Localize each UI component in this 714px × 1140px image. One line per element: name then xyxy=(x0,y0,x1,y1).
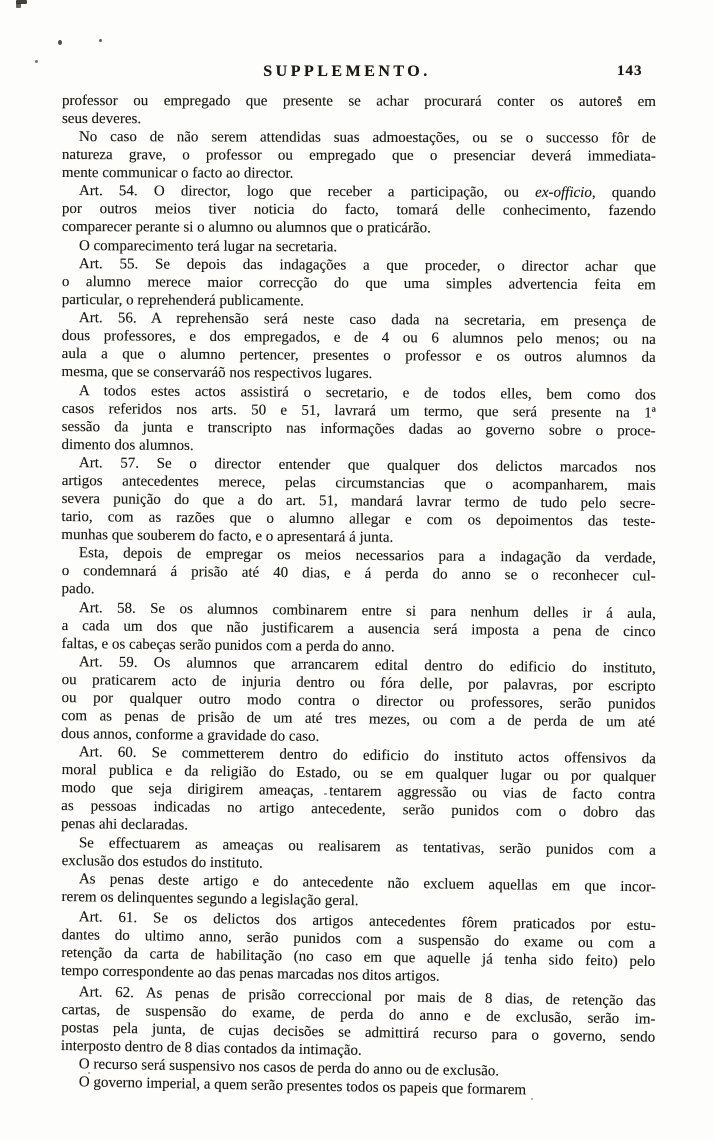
text-line: comparecer perante si o alumno ou alumno… xyxy=(62,219,656,239)
paragraph: Art. 56. A reprehensão será neste caso d… xyxy=(62,309,656,385)
text-line: O comparecimento terá lugar na secretari… xyxy=(62,237,656,258)
text-line: seus deveres. xyxy=(62,110,656,129)
scan-speck xyxy=(88,1072,90,1074)
paragraph: No caso de não serem attendidas suas adm… xyxy=(62,128,656,184)
scanned-page: SUPPLEMENTO. 143 professor ou empregado … xyxy=(0,0,714,1140)
scan-speck xyxy=(531,1098,533,1100)
paragraph: professor ou empregado que presente se a… xyxy=(62,92,656,129)
text-line: mente communicar o facto ao director. xyxy=(62,164,656,184)
text-segment: Art. 54. O director, logo que receber a … xyxy=(79,184,535,202)
scan-speck xyxy=(324,793,327,795)
scan-speck xyxy=(58,40,62,45)
text-line: natureza grave, o professor ou empregado… xyxy=(62,146,656,166)
paragraph: A todos estes actos assistirá o secretar… xyxy=(61,382,656,459)
scan-speck xyxy=(99,39,102,42)
paragraph: Art. 60. Se commetterem dentro do edific… xyxy=(61,743,656,841)
running-head-title: SUPPLEMENTO. xyxy=(50,63,644,81)
text-block: professor ou empregado que presente se a… xyxy=(62,92,656,1091)
scan-speck xyxy=(618,96,621,99)
text-line: professor ou empregado que presente se a… xyxy=(62,92,656,111)
text-line: No caso de não serem attendidas suas adm… xyxy=(62,128,656,148)
scan-speck xyxy=(194,1069,196,1071)
page-number: 143 xyxy=(617,63,643,80)
paragraph: Art. 61. Se os delictos dos artigos ante… xyxy=(61,908,656,989)
text-segment: , quando xyxy=(592,185,656,201)
paragraph: Art. 58. Se os alumnos combinarem entre … xyxy=(61,599,656,659)
paragraph: As penas deste artigo e do antecedente n… xyxy=(61,870,655,915)
paragraph: O comparecimento terá lugar na secretari… xyxy=(62,237,656,258)
scan-speck xyxy=(16,3,21,8)
paragraph: Esta, depois de empregar os meios necess… xyxy=(61,544,655,604)
italic-term: ex-officio xyxy=(535,185,592,201)
paragraph: Art. 62. As penas de prisão correccional… xyxy=(61,983,656,1065)
paragraph: Art. 57. Se o director entender que qual… xyxy=(61,454,656,549)
scan-speck xyxy=(35,60,38,63)
paragraph: Art. 55. Se depois das indagações a que … xyxy=(62,255,656,313)
paragraph: Art. 59. Os alumnos que arrancarem edita… xyxy=(61,653,656,750)
paragraph: Art. 54. O director, logo que receber a … xyxy=(62,182,656,238)
